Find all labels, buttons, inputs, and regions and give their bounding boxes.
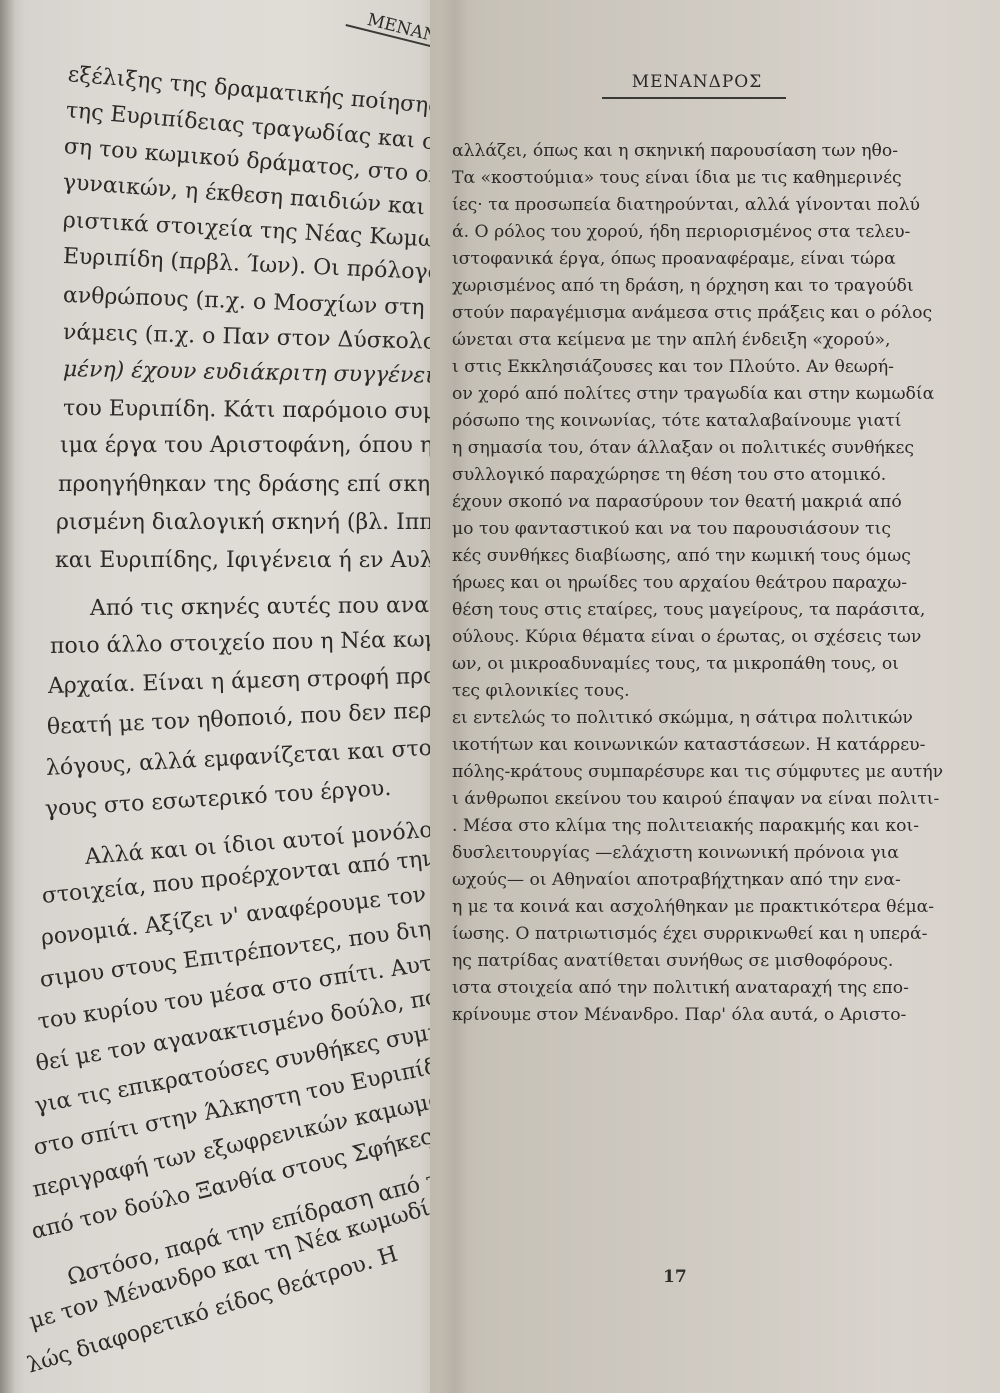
left-page-body: εξέλιξης της δραματικής ποίησης. Ως της … — [0, 0, 455, 1393]
right-line: τες φιλονικίες τους. — [452, 678, 1000, 705]
right-line: ίες· τα προσωπεία διατηρούνται, αλλά γίν… — [452, 192, 1000, 219]
left-line: προηγήθηκαν της δράσης επί σκηνής, η — [58, 472, 455, 497]
left-line: του Ευριπίδη. Κάτι παρόμοιο συμβαίνει — [63, 396, 455, 425]
right-line: ει εντελώς το πολιτικό σκώμμα, η σάτιρα … — [452, 705, 1000, 732]
right-line: κρίνουμε στον Μένανδρο. Παρ' όλα αυτά, ο… — [452, 1002, 1000, 1029]
right-line: δυσλειτουργίας —ελάχιστη κοινωνική πρόνο… — [452, 840, 1000, 867]
right-line: χωρισμένος από τη δράση, η όρχηση και το… — [452, 273, 1000, 300]
right-line: ικοτήτων και κοινωνικών καταστάσεων. Η κ… — [452, 732, 1000, 759]
right-line: έχουν σκοπό να παρασύρουν τον θεατή μακρ… — [452, 489, 1000, 516]
left-page: ΜΕΝΑΝΔΡΟΣ εξέλιξης της δραματικής ποίηση… — [0, 0, 455, 1393]
right-line: η με τα κοινά και ασχολήθηκαν με πρακτικ… — [452, 894, 1000, 921]
left-line: ποιο άλλο στοιχείο που η Νέα κωμωδία — [50, 626, 455, 659]
left-line: θεατή με τον ηθοποιό, που δεν περιορί — [46, 696, 455, 740]
right-line: ωχούς— οι Αθηναίοι αποτραβήχτηκαν από τη… — [452, 867, 1000, 894]
right-line: θέση τους στις εταίρες, τους μαγείρους, … — [452, 597, 1000, 624]
right-line: ούλους. Κύρια θέματα είναι ο έρωτας, οι … — [452, 624, 1000, 651]
right-line: στούν παραγέμισμα ανάμεσα στις πράξεις κ… — [452, 300, 1000, 327]
right-line: ήρωες και οι ηρωίδες του αρχαίου θεάτρου… — [452, 570, 1000, 597]
right-line: ης πατρίδας ανατίθεται συνήθως σε μισθοφ… — [452, 948, 1000, 975]
page-number: 17 — [663, 1267, 687, 1287]
right-line: ον χορό από πολίτες στην τραγωδία και στ… — [452, 381, 1000, 408]
right-line: Τα «κοστούμια» τους είναι ίδια με τις κα… — [452, 165, 1000, 192]
right-page-body: αλλάζει, όπως και η σκηνική παρουσίαση τ… — [452, 138, 1000, 1029]
spine-fold-shadow — [440, 0, 470, 1393]
left-line: Από τις σκηνές αυτές που αναφέραμε — [90, 592, 455, 621]
left-line: ανθρώπους (π.χ. ο Μοσχίων στη Σαμ — [63, 283, 455, 322]
left-line: ιμα έργα του Αριστοφάνη, όπου η έκθεση — [60, 433, 455, 458]
right-line: ι στις Εκκλησιάζουσες και τον Πλούτο. Αν… — [452, 354, 1000, 381]
right-line: ρόσωπο της κοινωνίας, τότε καταλαβαίνουμ… — [452, 408, 1000, 435]
left-line: ρισμένη διαλογική σκηνή (βλ. Ιππής, — [56, 510, 455, 535]
right-line: η σημασία του, όταν άλλαξαν οι πολιτικές… — [452, 435, 1000, 462]
right-running-head-rule — [602, 97, 786, 99]
right-line: ι άνθρωποι εκείνου του καιρού έπαψαν να … — [452, 786, 1000, 813]
right-running-head: ΜΕΝΑΝΔΡΟΣ — [602, 72, 792, 92]
left-line: γους στο εσωτερικό του έργου. — [44, 776, 392, 822]
right-line: ίωσης. Ο πατριωτισμός έχει συρρικνωθεί κ… — [452, 921, 1000, 948]
left-line: νάμεις (π.χ. ο Παν στον Δύσκολο, η Α — [63, 320, 455, 356]
right-line: ιστοφανικά έργα, όπως προαναφέραμε, είνα… — [452, 246, 1000, 273]
right-line: αλλάζει, όπως και η σκηνική παρουσίαση τ… — [452, 138, 1000, 165]
right-line: πόλης-κράτους συμπαρέσυρε και τις σύμφυτ… — [452, 759, 1000, 786]
right-line: συλλογικό παραχώρησε τη θέση του στο ατο… — [452, 462, 1000, 489]
right-page: ΜΕΝΑΝΔΡΟΣ αλλάζει, όπως και η σκηνική πα… — [430, 0, 1000, 1393]
left-line: λόγους, αλλά εμφανίζεται και στους — [45, 734, 455, 781]
left-line: και Ευριπίδης, Ιφιγένεια ή εν Αυλίδι — [55, 548, 455, 573]
right-line: ώνεται στα κείμενα με την απλή ένδειξη «… — [452, 327, 1000, 354]
right-line: ων, οι μικροαδυναμίες τους, τα μικροπάθη… — [452, 651, 1000, 678]
right-line: ά. Ο ρόλος του χορού, ήδη περιορισμένος … — [452, 219, 1000, 246]
right-line: κές συνθήκες διαβίωσης, από την κωμική τ… — [452, 543, 1000, 570]
right-line: ιστα στοιχεία από την πολιτική αναταραχή… — [452, 975, 1000, 1002]
left-line: μένη) έχουν ευδιάκριτη συγγένεια με τις — [63, 357, 455, 390]
left-line: Αρχαία. Είναι η άμεση στροφή προς τ — [48, 663, 455, 699]
right-line: . Μέσα στο κλίμα της πολιτειακής παρακμή… — [452, 813, 1000, 840]
right-line: μο του φανταστικού και να του παρουσιάσο… — [452, 516, 1000, 543]
